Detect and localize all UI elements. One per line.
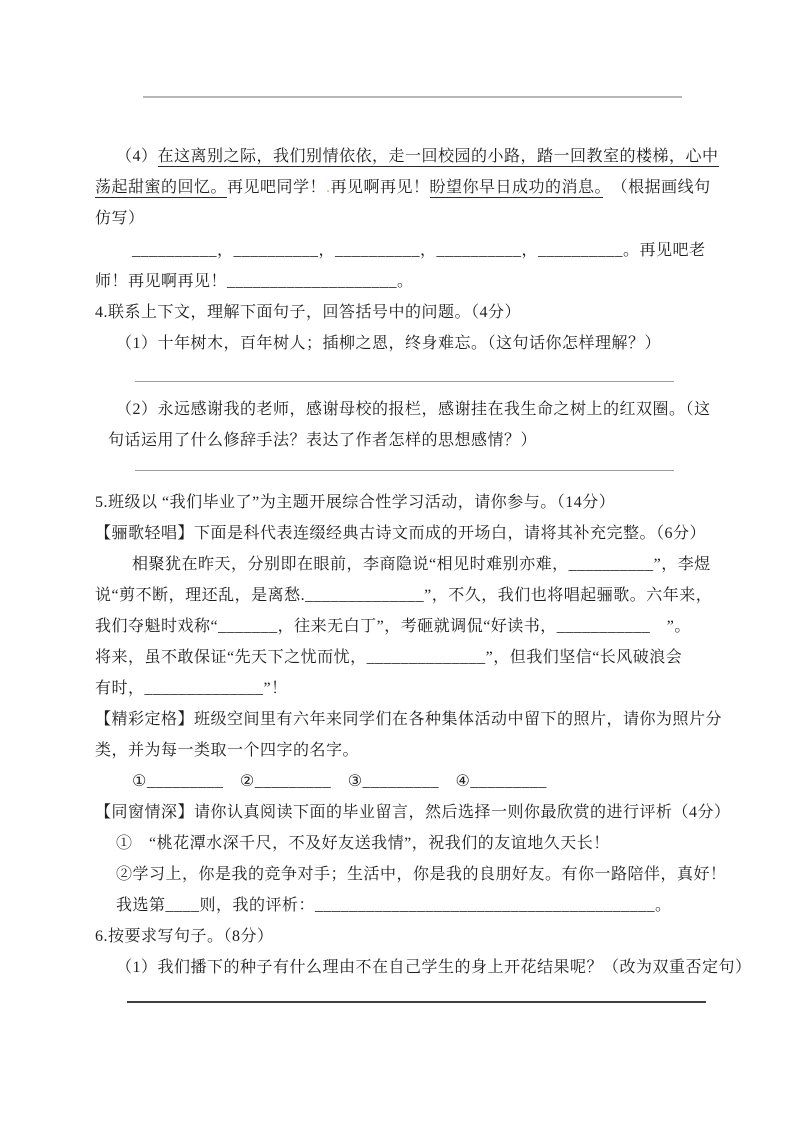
q5-part3-message2: ②学习上，你是我的竞争对手；生活中，你是我的良朋好友。有你一路陪伴，真好！ [116,864,727,886]
answer-line [135,381,674,382]
text-segment: 4.联系上下文，理解下面句子，回答括号中的问题。（4分） [95,304,521,321]
q5-part3-answer: 我选第____则，我的评析：__________________________… [116,895,672,917]
underlined-phrase: 荡起甜蜜的回忆。 [95,179,227,198]
text-segment: （1）十年树木，百年树人；插柳之恩，终身难忘。（这句话你怎样理解？） [116,335,661,352]
q4-item1: （1）十年树木，百年树人；插柳之恩，终身难忘。（这句话你怎样理解？） [116,333,661,355]
text-segment: 再见啊再见！ [331,179,430,196]
underlined-phrase: 盼望你早日成功的消息。 [430,179,604,198]
q3-item4-line3: 仿写） [95,208,145,230]
text-segment: 再见吧同学！ [227,179,326,196]
text-segment: （2）永远感谢我的老师，感谢母校的报栏，感谢挂在我生命之树上的红双圈。（这 [116,401,711,418]
answer-blanks: 我选第____则，我的评析：__________________________… [116,897,672,914]
q5-stem: 5.班级以 “我们毕业了”为主题开展综合性学习活动，请你参与。（14分） [95,492,615,514]
q5-part1-text-line4: 将来，虽不敢保证“先天下之忧而忧，______________”，但我们坚信“长… [95,647,682,669]
q5-part2-stem-line2: 类，并为每一类取一个四字的名字。 [95,740,359,762]
answer-blanks: 师！再见啊再见！____________________。 [95,273,414,290]
q3-item4-answer-blanks-1: __________，__________，__________，_______… [132,240,706,262]
text-segment: （1）我们播下的种子有什么理由不在自己学生的身上开花结果呢？（改为双重否定句） [116,959,752,976]
q5-part1-text-line2: 说“剪不断，理还乱，是离愁.______________”，不久，我们也将唱起骊… [95,585,712,607]
q5-part2-stem-line1: 【精彩定格】班级空间里有六年来同学们在各种集体活动中留下的照片，请你为照片分 [95,709,722,731]
underlined-phrase: 在这离别之际，我们别情依依，走一回校园的小路，踏一回教室的楼梯，心中 [158,148,719,167]
footer-answer-line [127,1001,706,1003]
text-segment: 5.班级以 “我们毕业了”为主题开展综合性学习活动，请你参与。（14分） [95,494,615,511]
q5-part1-text-line3: 我们夺魁时戏称“_______，往来无白丁”，考砸就调侃“好读书，_______… [95,616,691,638]
q4-item2-line1: （2）永远感谢我的老师，感谢母校的报栏，感谢挂在我生命之树上的红双圈。（这 [116,399,711,421]
answer-blanks: __________，__________，__________，_______… [132,242,706,259]
text-segment: 类，并为每一类取一个四字的名字。 [95,742,359,759]
text-segment: ②学习上，你是我的竞争对手；生活中，你是我的良朋好友。有你一路陪伴，真好！ [116,866,727,883]
text-segment: 【同窗情深】请你认真阅读下面的毕业留言，然后选择一则你最欣赏的进行评析（4分） [95,804,731,821]
q3-item4-line1: （4）在这离别之际，我们别情依依，走一回校园的小路，踏一回教室的楼梯，心中 [116,146,719,168]
text-segment: 句话运用了什么修辞手法？表达了作者怎样的思想感情？） [108,432,537,449]
text-segment: ① “桃花潭水深千尺，不及好友送我情”，祝我们的友谊地久天长！ [116,835,610,852]
text-segment: 【骊歌轻唱】下面是科代表连缀经典古诗文而成的开场白，请将其补充完整。（6分） [95,525,706,542]
q6-stem: 6.按要求写句子。（8分） [95,926,274,948]
q3-item4-answer-blanks-2: 师！再见啊再见！____________________。 [95,271,414,293]
q5-part2-blanks: ①_________ ②_________ ③_________ ④______… [132,771,547,793]
top-divider [143,96,682,98]
text-segment: （4） [116,148,158,165]
q3-item4-line2: 荡起甜蜜的回忆。再见吧同学！.再见啊再见！盼望你早日成功的消息。 （根据画线句 [95,177,711,199]
text-segment: 有时，______________”！ [95,680,288,697]
text-segment: 6.按要求写句子。（8分） [95,928,274,945]
answer-blanks: ①_________ ②_________ ③_________ ④______… [132,773,547,790]
text-segment: 相聚犹在昨天，分别即在眼前，李商隐说“相见时难别亦难，__________”，李… [132,556,711,573]
q5-part3-message1: ① “桃花潭水深千尺，不及好友送我情”，祝我们的友谊地久天长！ [116,833,610,855]
text-segment: 将来，虽不敢保证“先天下之忧而忧，______________”，但我们坚信“长… [95,649,682,666]
q5-part1-stem: 【骊歌轻唱】下面是科代表连缀经典古诗文而成的开场白，请将其补充完整。（6分） [95,523,706,545]
q5-part1-text-line1: 相聚犹在昨天，分别即在眼前，李商隐说“相见时难别亦难，__________”，李… [132,554,711,576]
q4-stem: 4.联系上下文，理解下面句子，回答括号中的问题。（4分） [95,302,521,324]
text-segment: 我们夺魁时戏称“_______，往来无白丁”，考砸就调侃“好读书，_______… [95,618,691,635]
answer-line [135,470,674,471]
q4-item2-line2: 句话运用了什么修辞手法？表达了作者怎样的思想感情？） [108,430,537,452]
q5-part3-stem: 【同窗情深】请你认真阅读下面的毕业留言，然后选择一则你最欣赏的进行评析（4分） [95,802,731,824]
text-segment: 【精彩定格】班级空间里有六年来同学们在各种集体活动中留下的照片，请你为照片分 [95,711,722,728]
q6-item1: （1）我们播下的种子有什么理由不在自己学生的身上开花结果呢？（改为双重否定句） [116,957,752,979]
text-segment: （根据画线句 [603,179,711,196]
text-segment: 仿写） [95,210,145,227]
q5-part1-text-line5: 有时，______________”！ [95,678,288,700]
text-segment: 说“剪不断，理还乱，是离愁.______________”，不久，我们也将唱起骊… [95,587,712,604]
exam-page: （4）在这离别之际，我们别情依依，走一回校园的小路，踏一回教室的楼梯，心中 荡起… [0,0,793,1122]
